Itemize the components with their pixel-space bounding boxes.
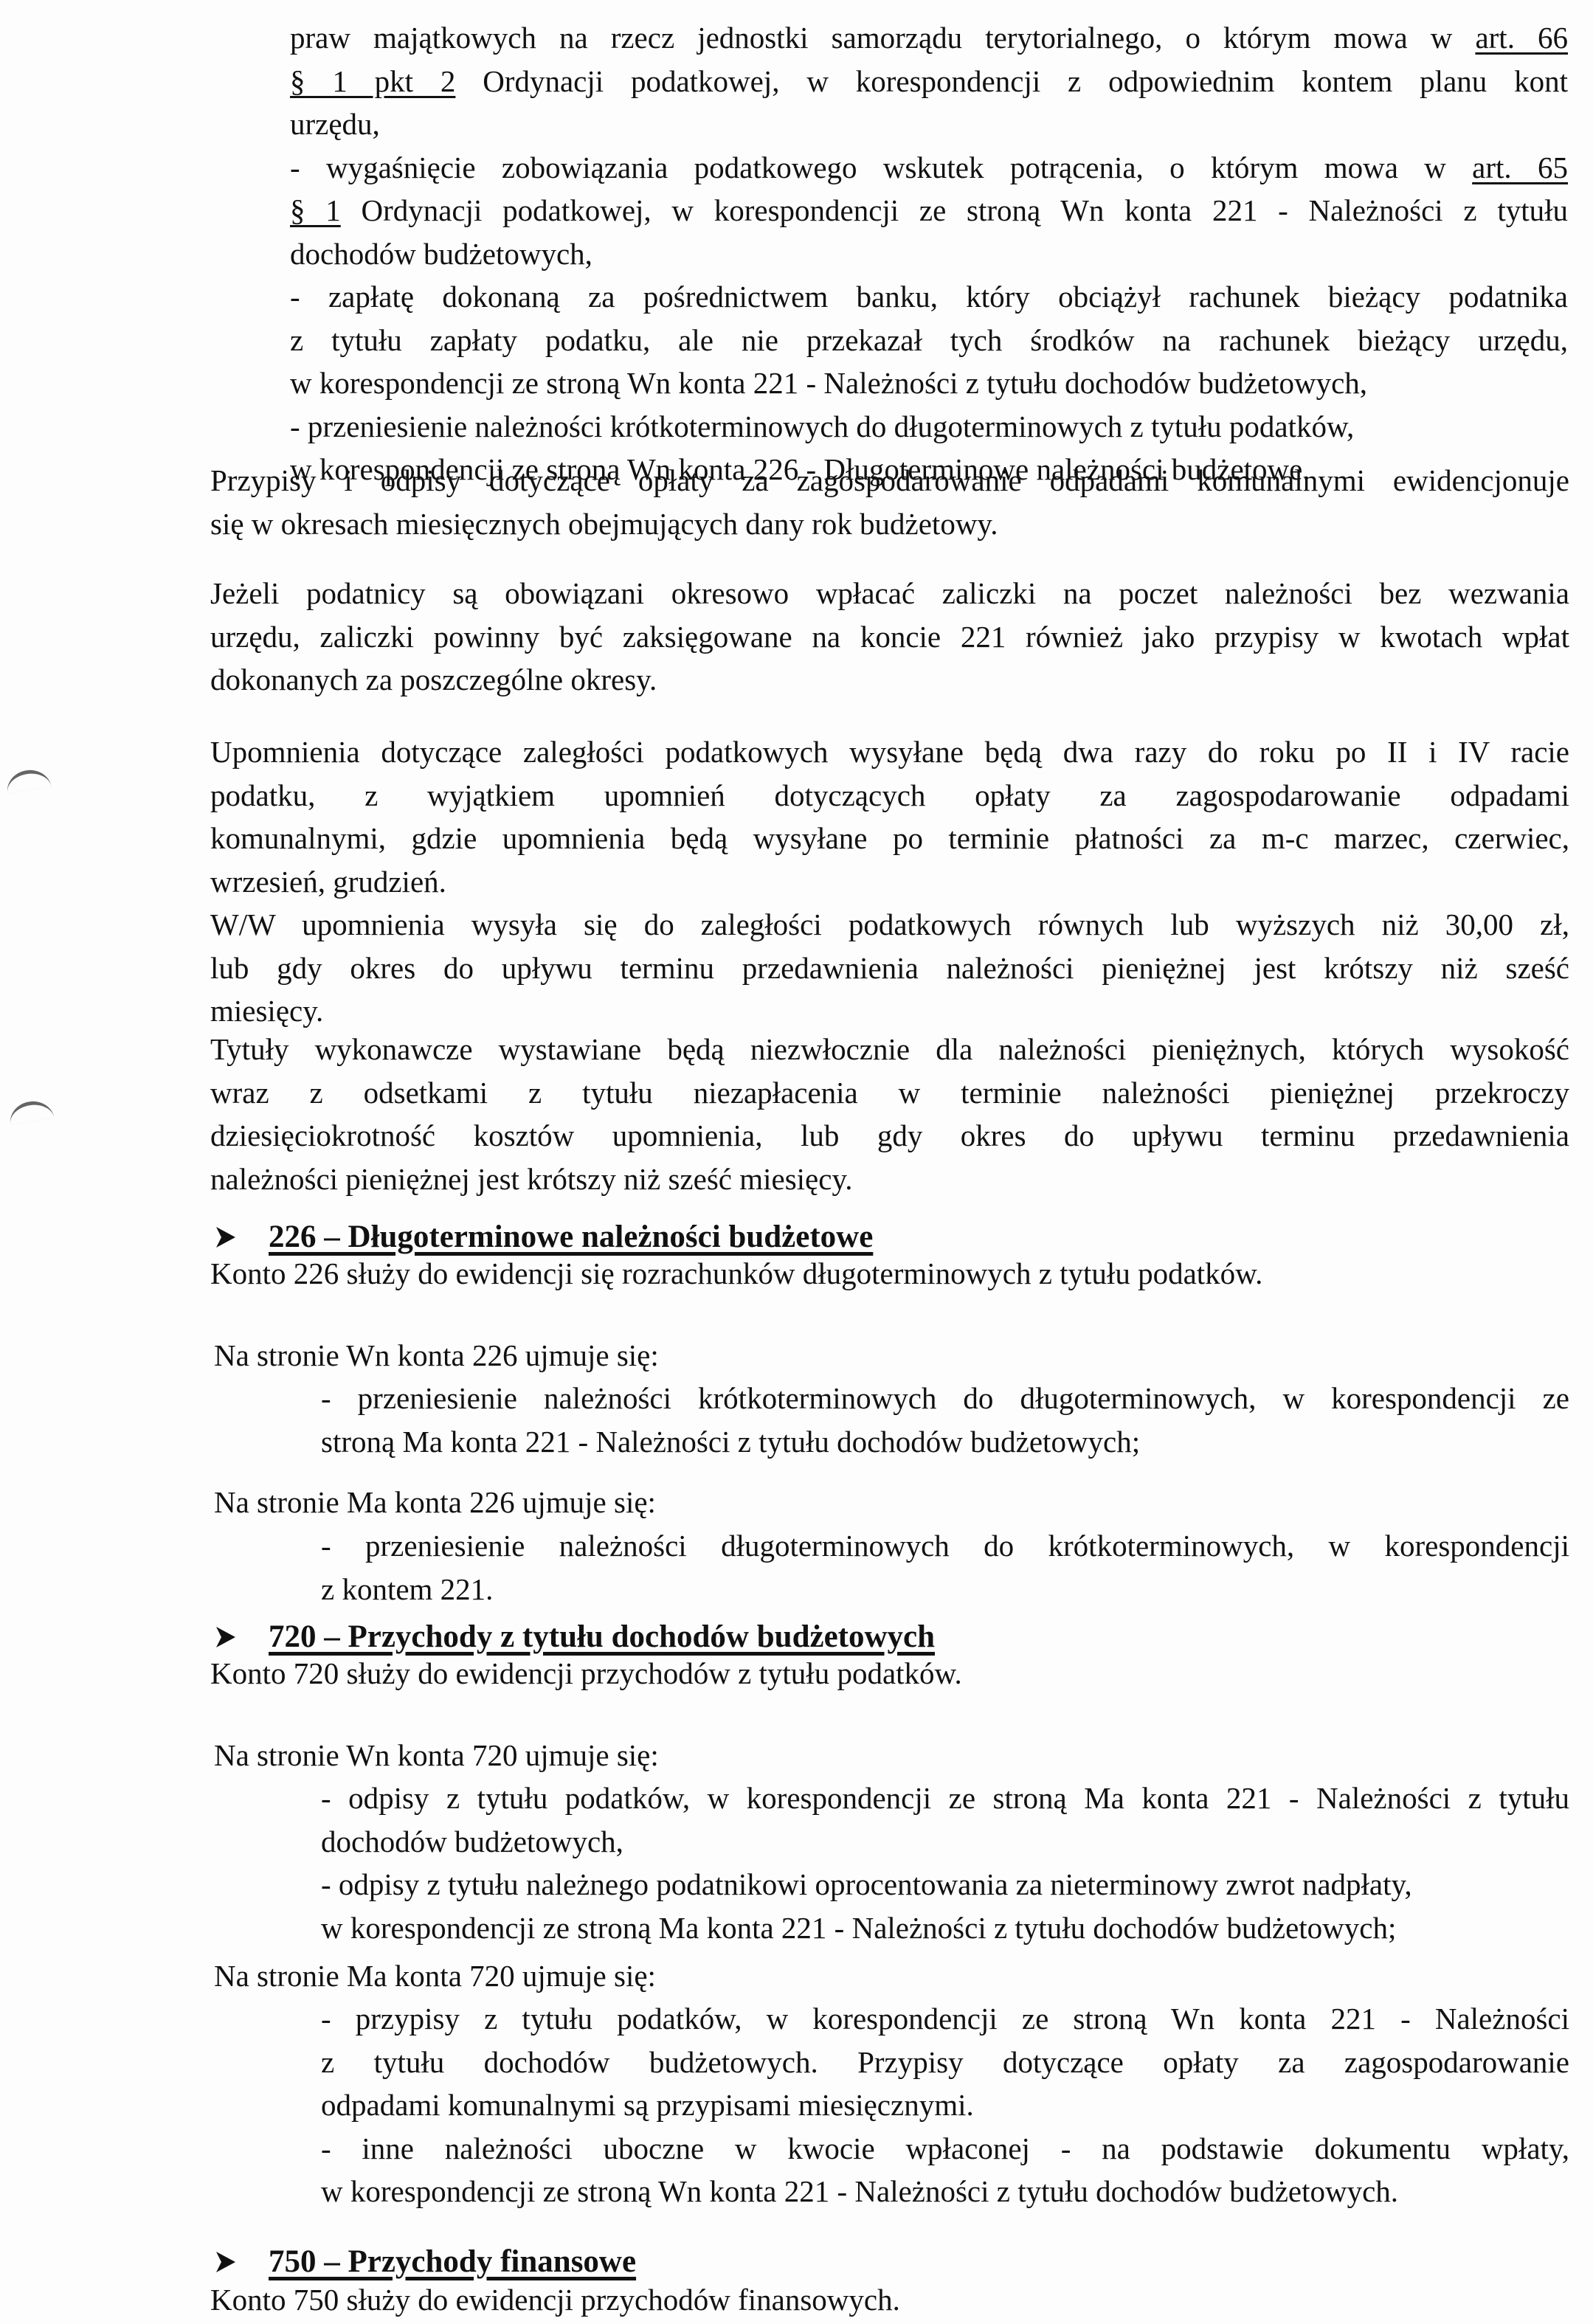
text-line: Jeżeli podatnicy są obowiązani okresowo … [210, 572, 1569, 615]
text-run: - przeniesienie należności krótkotermino… [290, 409, 1354, 443]
text-line: - przypisy z tytułu podatków, w korespon… [321, 1997, 1569, 2041]
arrowhead-bullet-icon [215, 2251, 236, 2273]
paragraph-zaliczki: Jeżeli podatnicy są obowiązani okresowo … [210, 572, 1569, 702]
text-line: dziesięciokrotność kosztów upomnienia, l… [210, 1114, 1569, 1158]
text-line: dokonanych za poszczególne okresy. [210, 658, 1569, 702]
text-run: - zapłatę dokonaną za pośrednictwem bank… [290, 280, 1568, 314]
section-title: 226 – Długoterminowe należności budżetow… [269, 1220, 873, 1254]
text-line: urzędu, [290, 103, 1568, 146]
text-line: w korespondencji ze stroną Wn konta 221 … [290, 362, 1568, 405]
text-run: z tytułu zapłaty podatku, ale nie przeka… [290, 323, 1568, 357]
section-title: 720 – Przychody z tytułu dochodów budżet… [269, 1619, 935, 1654]
text-line: - odpisy z tytułu należnego podatnikowi … [321, 1863, 1569, 1906]
text-line: - przeniesienie należności krótkotermino… [321, 1377, 1569, 1420]
text-run: - wygaśnięcie zobowiązania podatkowego w… [290, 151, 1472, 184]
text-line: lub gdy okres do upływu terminu przedawn… [210, 947, 1569, 990]
text-line: Tytuły wykonawcze wystawiane będą niezwł… [210, 1028, 1569, 1071]
text-line: należności pieniężnej jest krótszy niż s… [210, 1158, 1569, 1201]
section-heading-750: 750 – Przychody finansowe [215, 2241, 636, 2283]
text-line: - odpisy z tytułu podatków, w koresponde… [321, 1777, 1569, 1820]
text-run: Ordynacji podatkowej, w korespondencji z… [455, 64, 1568, 98]
text-run: w korespondencji ze stroną Wn konta 221 … [290, 366, 1367, 400]
text-run: urzędu, [290, 107, 380, 141]
text-line: § 1 pkt 2 Ordynacji podatkowej, w koresp… [290, 60, 1568, 103]
text-line: - przeniesienie należności krótkotermino… [290, 405, 1568, 449]
text-line: w korespondencji ze stroną Wn konta 221 … [321, 2170, 1569, 2213]
text-line: W/W upomnienia wysyła się do zaległości … [210, 903, 1569, 947]
credit-side-items: - przypisy z tytułu podatków, w korespon… [321, 1997, 1569, 2213]
text-line: - wygaśnięcie zobowiązania podatkowego w… [290, 146, 1568, 190]
text-line: dochodów budżetowych, [290, 232, 1568, 276]
section-description: Konto 750 służy do ewidencji przychodów … [210, 2278, 900, 2322]
credit-side-items: - przeniesienie należności długoterminow… [321, 1524, 1569, 1611]
text-line: wrzesień, grudzień. [210, 860, 1569, 904]
text-line: Przypisy i odpisy dotyczące opłaty za za… [210, 459, 1569, 502]
binder-hole-shadow-mark [4, 767, 51, 793]
section-title: 750 – Przychody finansowe [269, 2244, 636, 2279]
text-run: dochodów budżetowych, [290, 237, 592, 271]
paragraph-tytuly-wykonawcze: Tytuły wykonawcze wystawiane będą niezwł… [210, 1028, 1569, 1200]
text-line: urzędu, zaliczki powinny być zaksięgowan… [210, 615, 1569, 659]
text-run: Ordynacji podatkowej, w korespondencji z… [341, 193, 1568, 227]
text-line: - zapłatę dokonaną za pośrednictwem bank… [290, 275, 1568, 319]
legal-reference: art. 66 [1475, 21, 1568, 55]
debit-side-label: Na stronie Wn konta 226 ujmuje się: [214, 1334, 659, 1377]
text-line: podatku, z wyjątkiem upomnień dotyczącyc… [210, 774, 1569, 817]
text-line: z kontem 221. [321, 1568, 1569, 1611]
text-line: dochodów budżetowych, [321, 1820, 1569, 1864]
credit-side-label: Na stronie Ma konta 720 ujmuje się: [214, 1954, 656, 1998]
text-line: miesięcy. [210, 989, 1569, 1033]
debit-side-items: - odpisy z tytułu podatków, w koresponde… [321, 1777, 1569, 1949]
text-line: się w okresach miesięcznych obejmujących… [210, 502, 1569, 546]
arrowhead-bullet-icon [215, 1226, 236, 1248]
section-description: Konto 720 służy do ewidencji przychodów … [210, 1652, 962, 1695]
scanned-document-page: praw majątkowych na rzecz jednostki samo… [0, 0, 1593, 2324]
text-line: - inne należności uboczne w kwocie wpłac… [321, 2127, 1569, 2171]
text-line: komunalnymi, gdzie upomnienia będą wysył… [210, 817, 1569, 860]
text-line: wraz z odsetkami z tytułu niezapłacenia … [210, 1071, 1569, 1115]
text-line: praw majątkowych na rzecz jednostki samo… [290, 16, 1568, 60]
text-run: praw majątkowych na rzecz jednostki samo… [290, 21, 1475, 55]
debit-side-label: Na stronie Wn konta 720 ujmuje się: [214, 1734, 659, 1777]
credit-side-label: Na stronie Ma konta 226 ujmuje się: [214, 1481, 656, 1524]
debit-side-items: - przeniesienie należności krótkotermino… [321, 1377, 1569, 1463]
text-line: z tytułu zapłaty podatku, ale nie przeka… [290, 319, 1568, 362]
legal-reference: § 1 [290, 193, 341, 227]
paragraph-upomnienia: Upomnienia dotyczące zaległości podatkow… [210, 730, 1569, 1033]
text-line: w korespondencji ze stroną Ma konta 221 … [321, 1906, 1569, 1950]
text-line: § 1 Ordynacji podatkowej, w korespondenc… [290, 189, 1568, 232]
binder-hole-shadow-mark [7, 1099, 54, 1124]
section-description: Konto 226 służy do ewidencji się rozrach… [210, 1252, 1262, 1296]
arrowhead-bullet-icon [215, 1626, 236, 1648]
legal-reference: art. 65 [1472, 151, 1568, 184]
text-line: stroną Ma konta 221 - Należności z tytuł… [321, 1420, 1569, 1464]
text-line: - przeniesienie należności długoterminow… [321, 1524, 1569, 1568]
text-line: z tytułu dochodów budżetowych. Przypisy … [321, 2041, 1569, 2084]
legal-reference: § 1 pkt 2 [290, 64, 455, 98]
text-line: odpadami komunalnymi są przypisami miesi… [321, 2083, 1569, 2127]
text-line: Upomnienia dotyczące zaległości podatkow… [210, 730, 1569, 774]
continuation-list-block: praw majątkowych na rzecz jednostki samo… [290, 16, 1568, 491]
paragraph-przypisy-odpady: Przypisy i odpisy dotyczące opłaty za za… [210, 459, 1569, 545]
